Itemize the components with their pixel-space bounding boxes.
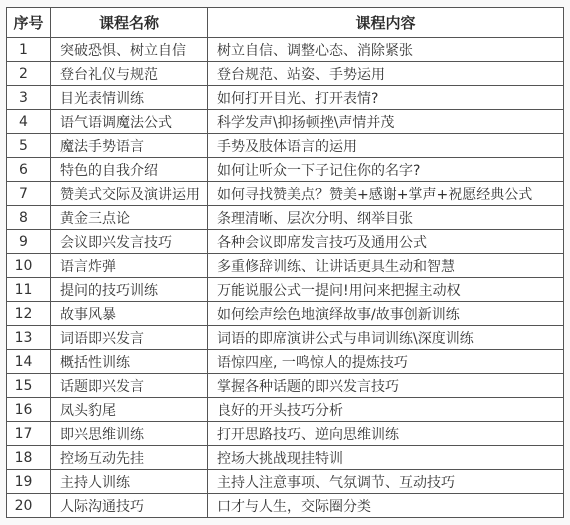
table-row: 20人际沟通技巧口才与人生，交际圈分类 [7, 494, 564, 518]
course-content-cell: 万能说服公式一提问!用问来把握主动权 [208, 278, 564, 302]
course-content-cell: 如何打开目光、打开表情? [208, 86, 564, 110]
course-name-cell: 凤头豹尾 [51, 398, 208, 422]
table-row: 4语气语调魔法公式科学发声\抑扬顿挫\声情并茂 [7, 110, 564, 134]
course-name-cell: 词语即兴发言 [51, 326, 208, 350]
row-number-cell: 10 [7, 254, 51, 278]
table-row: 11提问的技巧训练万能说服公式一提问!用问来把握主动权 [7, 278, 564, 302]
table-row: 18控场互动先挂控场大挑战现挂特训 [7, 446, 564, 470]
course-content-cell: 登台规范、站姿、手势运用 [208, 62, 564, 86]
course-content-cell: 树立自信、调整心态、消除紧张 [208, 38, 564, 62]
course-content-cell: 词语的即席演讲公式与串词训练\深度训练 [208, 326, 564, 350]
header-row: 序号 课程名称 课程内容 [7, 8, 564, 38]
course-name-cell: 提问的技巧训练 [51, 278, 208, 302]
course-name-cell: 特色的自我介绍 [51, 158, 208, 182]
table-row: 1突破恐惧、树立自信树立自信、调整心态、消除紧张 [7, 38, 564, 62]
header-course-content: 课程内容 [208, 8, 564, 38]
row-number-cell: 14 [7, 350, 51, 374]
course-content-cell: 如何寻找赞美点？赞美+感谢+掌声+祝愿经典公式 [208, 182, 564, 206]
row-number-cell: 17 [7, 422, 51, 446]
row-number-cell: 11 [7, 278, 51, 302]
table-row: 7赞美式交际及演讲运用如何寻找赞美点？赞美+感谢+掌声+祝愿经典公式 [7, 182, 564, 206]
course-content-cell: 语惊四座, 一鸣惊人的提炼技巧 [208, 350, 564, 374]
course-name-cell: 登台礼仪与规范 [51, 62, 208, 86]
header-number: 序号 [7, 8, 51, 38]
table-row: 8黄金三点论条理清晰、层次分明、纲举目张 [7, 206, 564, 230]
course-content-cell: 良好的开头技巧分析 [208, 398, 564, 422]
row-number-cell: 13 [7, 326, 51, 350]
course-content-cell: 打开思路技巧、逆向思维训练 [208, 422, 564, 446]
table-row: 17即兴思维训练打开思路技巧、逆向思维训练 [7, 422, 564, 446]
course-content-cell: 主持人注意事项、气氛调节、互动技巧 [208, 470, 564, 494]
row-number-cell: 8 [7, 206, 51, 230]
course-name-cell: 魔法手势语言 [51, 134, 208, 158]
header-course-name: 课程名称 [51, 8, 208, 38]
table-row: 13词语即兴发言词语的即席演讲公式与串词训练\深度训练 [7, 326, 564, 350]
row-number-cell: 16 [7, 398, 51, 422]
table-row: 9会议即兴发言技巧各种会议即席发言技巧及通用公式 [7, 230, 564, 254]
course-name-cell: 目光表情训练 [51, 86, 208, 110]
course-content-cell: 控场大挑战现挂特训 [208, 446, 564, 470]
table-row: 6特色的自我介绍如何让听众一下子记住你的名字? [7, 158, 564, 182]
row-number-cell: 4 [7, 110, 51, 134]
course-content-cell: 手势及肢体语言的运用 [208, 134, 564, 158]
row-number-cell: 2 [7, 62, 51, 86]
course-content-cell: 各种会议即席发言技巧及通用公式 [208, 230, 564, 254]
course-content-cell: 掌握各种话题的即兴发言技巧 [208, 374, 564, 398]
table-row: 19主持人训练主持人注意事项、气氛调节、互动技巧 [7, 470, 564, 494]
table-body: 1突破恐惧、树立自信树立自信、调整心态、消除紧张2登台礼仪与规范登台规范、站姿、… [7, 38, 564, 518]
table-row: 12故事风暴如何绘声绘色地演绎故事/故事创新训练 [7, 302, 564, 326]
course-content-cell: 如何绘声绘色地演绎故事/故事创新训练 [208, 302, 564, 326]
row-number-cell: 5 [7, 134, 51, 158]
row-number-cell: 20 [7, 494, 51, 518]
table-row: 5魔法手势语言手势及肢体语言的运用 [7, 134, 564, 158]
course-content-cell: 条理清晰、层次分明、纲举目张 [208, 206, 564, 230]
course-name-cell: 即兴思维训练 [51, 422, 208, 446]
course-name-cell: 故事风暴 [51, 302, 208, 326]
course-name-cell: 概括性训练 [51, 350, 208, 374]
course-name-cell: 主持人训练 [51, 470, 208, 494]
table-header: 序号 课程名称 课程内容 [7, 8, 564, 38]
course-name-cell: 会议即兴发言技巧 [51, 230, 208, 254]
row-number-cell: 3 [7, 86, 51, 110]
course-name-cell: 控场互动先挂 [51, 446, 208, 470]
course-name-cell: 语言炸弹 [51, 254, 208, 278]
row-number-cell: 7 [7, 182, 51, 206]
course-content-cell: 科学发声\抑扬顿挫\声情并茂 [208, 110, 564, 134]
course-name-cell: 话题即兴发言 [51, 374, 208, 398]
row-number-cell: 6 [7, 158, 51, 182]
course-name-cell: 语气语调魔法公式 [51, 110, 208, 134]
course-name-cell: 人际沟通技巧 [51, 494, 208, 518]
row-number-cell: 9 [7, 230, 51, 254]
table-row: 14概括性训练语惊四座, 一鸣惊人的提炼技巧 [7, 350, 564, 374]
table-row: 15话题即兴发言掌握各种话题的即兴发言技巧 [7, 374, 564, 398]
table-row: 10语言炸弹多重修辞训练、让讲话更具生动和智慧 [7, 254, 564, 278]
course-schedule-table: 序号 课程名称 课程内容 1突破恐惧、树立自信树立自信、调整心态、消除紧张2登台… [6, 7, 564, 518]
course-name-cell: 赞美式交际及演讲运用 [51, 182, 208, 206]
row-number-cell: 1 [7, 38, 51, 62]
table-row: 3目光表情训练如何打开目光、打开表情? [7, 86, 564, 110]
row-number-cell: 12 [7, 302, 51, 326]
row-number-cell: 18 [7, 446, 51, 470]
course-name-cell: 突破恐惧、树立自信 [51, 38, 208, 62]
course-content-cell: 多重修辞训练、让讲话更具生动和智慧 [208, 254, 564, 278]
course-name-cell: 黄金三点论 [51, 206, 208, 230]
course-content-cell: 如何让听众一下子记住你的名字? [208, 158, 564, 182]
row-number-cell: 19 [7, 470, 51, 494]
table-row: 2登台礼仪与规范登台规范、站姿、手势运用 [7, 62, 564, 86]
row-number-cell: 15 [7, 374, 51, 398]
course-content-cell: 口才与人生，交际圈分类 [208, 494, 564, 518]
table-row: 16凤头豹尾良好的开头技巧分析 [7, 398, 564, 422]
